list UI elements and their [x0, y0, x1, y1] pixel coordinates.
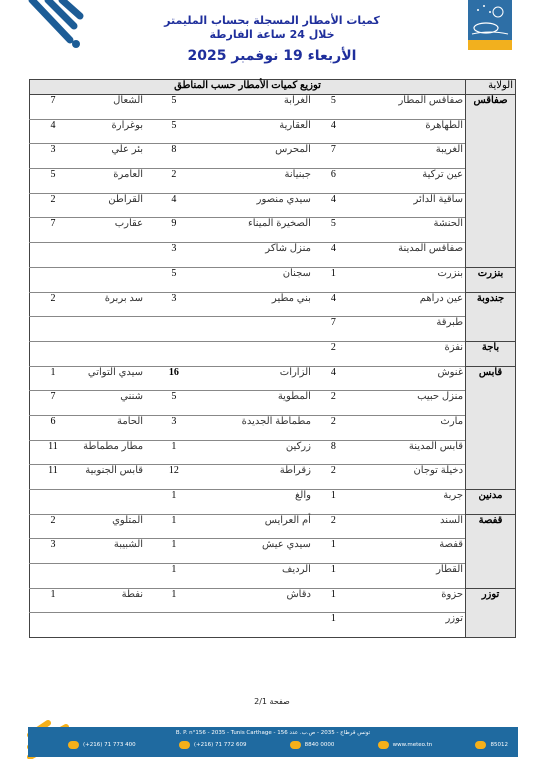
- station-name: المتلوي: [76, 514, 145, 539]
- station-name: بوغرارة: [76, 119, 145, 144]
- station-name: [76, 243, 145, 268]
- station-name: [76, 341, 145, 366]
- rainfall-value: [145, 341, 203, 366]
- rainfall-value: 1: [145, 440, 203, 465]
- rainfall-value: [145, 613, 203, 638]
- station-name: حزوة: [354, 588, 466, 613]
- rainfall-value: 4: [313, 366, 354, 391]
- rainfall-value: 6: [30, 415, 76, 440]
- table-row: جندوبةعين دراهم4بني مطير3سد بربرة2: [30, 292, 516, 317]
- rainfall-value: 7: [30, 391, 76, 416]
- table-row: منزل حبيب2المطوية5شنني7: [30, 391, 516, 416]
- station-name: جربة: [354, 490, 466, 515]
- rainfall-value: [30, 613, 76, 638]
- rainfall-value: 3: [30, 144, 76, 169]
- rainfall-value: [30, 317, 76, 342]
- rainfall-value: 4: [313, 292, 354, 317]
- station-name: [76, 267, 145, 292]
- station-name: [203, 341, 313, 366]
- rainfall-value: 9: [145, 218, 203, 243]
- rainfall-value: 7: [313, 317, 354, 342]
- station-name: العقارية: [203, 119, 313, 144]
- station-name: قابس المدينة: [354, 440, 466, 465]
- station-name: طبرقة: [354, 317, 466, 342]
- rainfall-value: 12: [145, 465, 203, 490]
- station-name: منزل حبيب: [354, 391, 466, 416]
- rainfall-table: الولاية توزيع كميات الأمطار حسب المناطق …: [29, 79, 516, 638]
- rainfall-value: 5: [145, 119, 203, 144]
- report-date: الأربعاء 19 نوفمبر 2025: [0, 48, 544, 64]
- table-row: قابسغنوش4الزارات16سيدي التواتي1: [30, 366, 516, 391]
- station-name: صفاقس المطار: [354, 95, 466, 120]
- station-name: [76, 613, 145, 638]
- rainfall-value: 2: [313, 341, 354, 366]
- rainfall-value: 5: [313, 218, 354, 243]
- station-name: بني مطير: [203, 292, 313, 317]
- station-name: بنزرت: [354, 267, 466, 292]
- station-name: السند: [354, 514, 466, 539]
- rainfall-value: 1: [313, 564, 354, 589]
- station-name: الطهاهرة: [354, 119, 466, 144]
- station-name: الشبيبة: [76, 539, 145, 564]
- table-row: صفاقس المدينة4منزل شاكر3: [30, 243, 516, 268]
- station-name: عين تركية: [354, 169, 466, 194]
- table-row: ساقية الدائر4سيدي منصور4القراطن2: [30, 193, 516, 218]
- rainfall-value: 1: [145, 588, 203, 613]
- report-title: كميات الأمطار المسجلة بحساب المليمتر خلا…: [0, 14, 544, 42]
- table-row: الطهاهرة4العقارية5بوغرارة4: [30, 119, 516, 144]
- rainfall-value: 2: [313, 465, 354, 490]
- station-name: والغ: [203, 490, 313, 515]
- station-name: الحنشة: [354, 218, 466, 243]
- station-name: زقراطة: [203, 465, 313, 490]
- rainfall-value: [30, 267, 76, 292]
- station-name: عقارب: [76, 218, 145, 243]
- rainfall-value: 4: [313, 243, 354, 268]
- table-row: صفاقسصفاقس المطار5الغرابة5الشعال7: [30, 95, 516, 120]
- rainfall-value: [145, 317, 203, 342]
- rainfall-value: 2: [313, 415, 354, 440]
- rainfall-value: 6: [313, 169, 354, 194]
- rainfall-value: 4: [30, 119, 76, 144]
- station-name: المطوية: [203, 391, 313, 416]
- table-row: مارث2مطماطة الجديدة3الحامة6: [30, 415, 516, 440]
- station-name: شنني: [76, 391, 145, 416]
- rainfall-value: [30, 564, 76, 589]
- station-name: القراطن: [76, 193, 145, 218]
- rainfall-value: 5: [313, 95, 354, 120]
- footer-band: B. P. n°156 - 2035 - Tunis Carthage - تو…: [28, 727, 518, 757]
- station-name: [76, 490, 145, 515]
- table-row: القطار1الرديف1: [30, 564, 516, 589]
- rainfall-value: 3: [145, 243, 203, 268]
- fax-icon: [179, 741, 190, 749]
- station-name: [76, 317, 145, 342]
- rainfall-value: 1: [313, 490, 354, 515]
- rainfall-value: [30, 243, 76, 268]
- rainfall-value: 7: [30, 218, 76, 243]
- table-row: بنزرتبنزرت1سجنان5: [30, 267, 516, 292]
- rainfall-value: 1: [313, 539, 354, 564]
- rainfall-value: 1: [313, 588, 354, 613]
- station-name: [76, 564, 145, 589]
- station-name: دخيلة توجان: [354, 465, 466, 490]
- sms-icon: [475, 741, 486, 749]
- table-row: باجةنفزة2: [30, 341, 516, 366]
- rainfall-value: 11: [30, 440, 76, 465]
- rainfall-value: 16: [145, 366, 203, 391]
- rainfall-value: 4: [145, 193, 203, 218]
- contact-fax: (+216) 71 772 609: [179, 741, 247, 749]
- station-name: سيدي عيش: [203, 539, 313, 564]
- station-name: مارث: [354, 415, 466, 440]
- station-name: القطار: [354, 564, 466, 589]
- rainfall-value: 5: [30, 169, 76, 194]
- rainfall-value: 2: [313, 391, 354, 416]
- title-line-1: كميات الأمطار المسجلة بحساب المليمتر: [0, 14, 544, 28]
- rainfall-value: 3: [145, 415, 203, 440]
- rainfall-value: 1: [313, 267, 354, 292]
- footer-address: B. P. n°156 - 2035 - Tunis Carthage - تو…: [28, 730, 518, 736]
- rainfall-value: 7: [313, 144, 354, 169]
- station-name: سيدي التواتي: [76, 366, 145, 391]
- rainfall-value: 1: [145, 539, 203, 564]
- rainfall-value: 4: [313, 193, 354, 218]
- station-name: الغريبة: [354, 144, 466, 169]
- table-row: قفصةالسند2أم العرايس1المتلوي2: [30, 514, 516, 539]
- rainfall-value: 1: [145, 490, 203, 515]
- rainfall-value: 2: [145, 169, 203, 194]
- contact-sms: 85012: [475, 741, 508, 749]
- web-icon: [378, 741, 389, 749]
- station-name: أم العرايس: [203, 514, 313, 539]
- governorate-cell: مدنين: [466, 490, 516, 515]
- station-name: عين دراهم: [354, 292, 466, 317]
- station-name: جبنيانة: [203, 169, 313, 194]
- station-name: [203, 613, 313, 638]
- table-row: الغريبة7المحرس8بئر علي3: [30, 144, 516, 169]
- rainfall-value: [30, 341, 76, 366]
- table-row: قابس المدينة8زركين1مطار مطماطة11: [30, 440, 516, 465]
- hotline-icon: [290, 741, 301, 749]
- station-name: قفصة: [354, 539, 466, 564]
- rainfall-value: 2: [30, 292, 76, 317]
- station-name: ساقية الدائر: [354, 193, 466, 218]
- rainfall-value: 8: [145, 144, 203, 169]
- station-name: [203, 317, 313, 342]
- contact-hotline: 8840 0000: [290, 741, 335, 749]
- station-name: صفاقس المدينة: [354, 243, 466, 268]
- station-name: الزارات: [203, 366, 313, 391]
- station-name: الشعال: [76, 95, 145, 120]
- rainfall-value: 2: [30, 193, 76, 218]
- station-name: مطماطة الجديدة: [203, 415, 313, 440]
- station-name: زركين: [203, 440, 313, 465]
- station-name: سيدي منصور: [203, 193, 313, 218]
- rainfall-value: 11: [30, 465, 76, 490]
- rainfall-value: 7: [30, 95, 76, 120]
- rainfall-value: 2: [30, 514, 76, 539]
- station-name: العامرة: [76, 169, 145, 194]
- table-row: طبرقة7: [30, 317, 516, 342]
- distribution-header: توزيع كميات الأمطار حسب المناطق: [30, 80, 466, 95]
- governorate-cell: بنزرت: [466, 267, 516, 292]
- station-name: الرديف: [203, 564, 313, 589]
- station-name: توزر: [354, 613, 466, 638]
- phone-icon: [68, 741, 79, 749]
- rainfall-value: 1: [145, 564, 203, 589]
- contact-phone: (+216) 71 773 400: [68, 741, 136, 749]
- governorate-cell: قفصة: [466, 514, 516, 588]
- rainfall-value: 4: [313, 119, 354, 144]
- station-name: منزل شاكر: [203, 243, 313, 268]
- rainfall-value: 1: [145, 514, 203, 539]
- governorate-cell: صفاقس: [466, 95, 516, 268]
- station-name: غنوش: [354, 366, 466, 391]
- station-name: نفطة: [76, 588, 145, 613]
- station-name: بئر علي: [76, 144, 145, 169]
- rainfall-value: [30, 490, 76, 515]
- contact-web[interactable]: www.meteo.tn: [378, 741, 433, 749]
- rainfall-value: 1: [30, 366, 76, 391]
- governorate-cell: قابس: [466, 366, 516, 489]
- governorate-cell: جندوبة: [466, 292, 516, 341]
- station-name: الصخيرة الميناء: [203, 218, 313, 243]
- rainfall-value: 5: [145, 95, 203, 120]
- governorate-header: الولاية: [466, 80, 516, 95]
- governorate-cell: توزر: [466, 588, 516, 637]
- station-name: قابس الجنوبية: [76, 465, 145, 490]
- station-name: سد بربرة: [76, 292, 145, 317]
- table-row: مدنينجربة1والغ1: [30, 490, 516, 515]
- station-name: الحامة: [76, 415, 145, 440]
- title-line-2: خلال 24 ساعة الفارطة: [0, 28, 544, 42]
- station-name: نفزة: [354, 341, 466, 366]
- table-row: قفصة1سيدي عيش1الشبيبة3: [30, 539, 516, 564]
- table-row: عين تركية6جبنيانة2العامرة5: [30, 169, 516, 194]
- rainfall-value: 5: [145, 391, 203, 416]
- station-name: مطار مطماطة: [76, 440, 145, 465]
- rainfall-value: 8: [313, 440, 354, 465]
- station-name: المحرس: [203, 144, 313, 169]
- footer-contacts: (+216) 71 773 400 (+216) 71 772 609 8840…: [68, 741, 508, 749]
- station-name: سجنان: [203, 267, 313, 292]
- table-row: الحنشة5الصخيرة الميناء9عقارب7: [30, 218, 516, 243]
- table-row: توزر1: [30, 613, 516, 638]
- governorate-cell: باجة: [466, 341, 516, 366]
- rainfall-value: 5: [145, 267, 203, 292]
- page-number: صفحة 2/1: [0, 697, 544, 706]
- rainfall-value: 1: [313, 613, 354, 638]
- rainfall-value: 1: [30, 588, 76, 613]
- table-row: دخيلة توجان2زقراطة12قابس الجنوبية11: [30, 465, 516, 490]
- table-row: توزرحزوة1دقاش1نفطة1: [30, 588, 516, 613]
- station-name: الغرابة: [203, 95, 313, 120]
- rainfall-value: 3: [30, 539, 76, 564]
- rainfall-value: 2: [313, 514, 354, 539]
- rainfall-value: 3: [145, 292, 203, 317]
- station-name: دقاش: [203, 588, 313, 613]
